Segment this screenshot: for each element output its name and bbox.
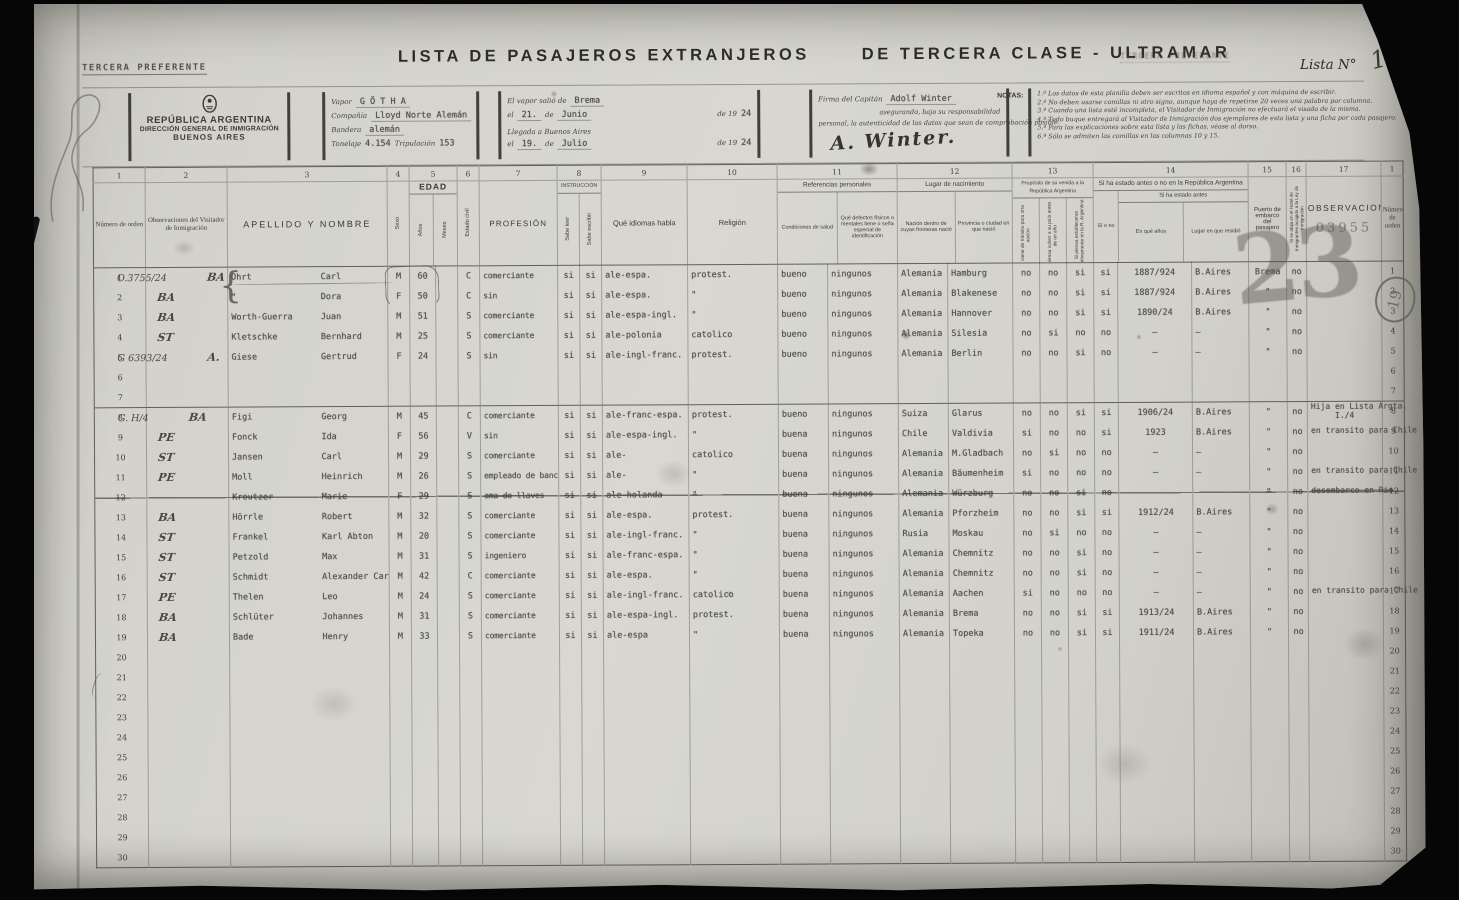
col-group-ha-estado: Si ha estado antes o no en la República …: [1094, 177, 1248, 262]
cell-p2: [1042, 683, 1069, 703]
cell-p3: [1069, 663, 1096, 683]
cell-num: 12: [95, 488, 147, 508]
cell-defects: ningunos: [829, 564, 899, 584]
cell-p2: [1043, 843, 1070, 863]
cell-read: [558, 365, 580, 385]
handwritten-visitor-code: BA: [146, 291, 176, 304]
cell-lang: [602, 385, 688, 405]
cell-rel: catolico: [688, 324, 778, 344]
cell-hotel: [1289, 661, 1309, 681]
cell-p3: [1069, 823, 1096, 843]
cell-write: [582, 745, 604, 765]
cell-years: 51: [410, 306, 436, 326]
col-no: 8: [557, 165, 601, 180]
cell-obs: [1309, 661, 1384, 681]
col-header-observaciones-visitador: Observaciones del Visitador de Inmigraci…: [147, 217, 226, 233]
cell-lang: ale-polonia: [602, 325, 688, 345]
cell-p1: [1013, 383, 1040, 403]
cell-civil: S: [459, 586, 481, 606]
cell-lang: [604, 785, 690, 805]
cell-months: [438, 766, 460, 786]
cell-port: [1251, 782, 1289, 802]
cell-hotel: [1287, 361, 1307, 381]
cell-mark: [148, 727, 230, 747]
col-header-provincia: Provincia o ciudad en que nació: [955, 221, 1012, 234]
cell-num_r: 15: [1383, 541, 1405, 561]
cell-civil: S: [458, 326, 480, 346]
cell-civil: C: [458, 266, 480, 286]
cell-hotel: [1289, 701, 1309, 721]
cell-surname: Schmidt: [229, 567, 319, 587]
cell-read: si: [558, 345, 580, 365]
cell-sex: M: [388, 446, 410, 466]
cell-sex: M: [388, 326, 410, 346]
cell-mark: G 6393/24A.: [146, 347, 228, 367]
cell-been: no: [1095, 542, 1119, 562]
cell-prof: empleado de banco: [481, 465, 559, 485]
cell-surname: [230, 727, 320, 747]
cell-write: si: [581, 545, 603, 565]
cell-civil: [458, 386, 480, 406]
cell-surname: Figi: [228, 407, 318, 427]
cell-civil: S: [459, 526, 481, 546]
cell-sex: M: [389, 506, 411, 526]
cell-defects: ningunos: [828, 424, 898, 444]
cell-mark: PE: [147, 467, 229, 487]
cell-been_place: [1195, 822, 1252, 842]
cell-surname: Moll: [229, 467, 319, 487]
cell-prov: Hamburg: [948, 263, 1013, 283]
cell-lang: ale-espa.: [603, 565, 689, 585]
cell-months: [438, 746, 460, 766]
cell-been_years: 1912/24: [1119, 502, 1193, 522]
salida-day: 21.: [518, 110, 541, 121]
col-no: 3: [227, 166, 387, 182]
cell-surname: [230, 827, 320, 847]
cell-sex: [391, 846, 413, 866]
cell-been_years: –: [1119, 542, 1193, 562]
cell-health: [780, 724, 830, 744]
cell-p3: si: [1068, 483, 1095, 503]
cell-write: [580, 385, 602, 405]
cell-lang: [602, 365, 688, 385]
cell-health: bueno: [778, 404, 828, 424]
cell-prov: Bäumenheim: [949, 463, 1014, 483]
cell-health: buena: [779, 544, 829, 564]
cell-write: si: [581, 465, 603, 485]
cell-obs: [1309, 801, 1384, 821]
cell-been_place: [1194, 642, 1251, 662]
cell-lang: [604, 745, 690, 765]
cell-mark: [148, 687, 230, 707]
cell-name: Alexander Carl: [319, 566, 389, 586]
cell-lang: [604, 765, 690, 785]
cell-read: [560, 805, 582, 825]
cell-lang: ale-holanda: [603, 485, 689, 505]
cell-prov: Berlin: [948, 343, 1013, 363]
cell-prov: Aachen: [949, 583, 1014, 603]
cell-been: [1096, 662, 1120, 682]
org-city: BUENOS AIRES: [137, 132, 281, 142]
cell-health: buena: [779, 464, 829, 484]
cell-been_years: [1118, 382, 1192, 402]
cell-num_r: 24: [1384, 721, 1406, 741]
col-header-numero-right: Número de orden: [1383, 206, 1402, 230]
cell-rel: [690, 724, 780, 744]
col-header-sabe-escribir: Sabe escribir: [587, 213, 594, 246]
cell-been_years: –: [1119, 522, 1193, 542]
cell-hotel: [1289, 741, 1309, 761]
cell-defects: ningunos: [829, 624, 899, 644]
cell-p2: no: [1040, 303, 1067, 323]
cell-civil: [460, 766, 482, 786]
cell-prov: [950, 643, 1015, 663]
cell-nation: [900, 803, 950, 823]
cell-p2: no: [1040, 263, 1067, 283]
col-header-profesion: PROFESIÓN: [481, 218, 556, 227]
margin-scribble-handwriting: [38, 83, 149, 234]
cell-port: ": [1250, 502, 1288, 522]
cell-hotel: no: [1288, 521, 1308, 541]
cell-prof: [480, 365, 558, 385]
cell-been_years: –: [1119, 582, 1193, 602]
cell-been_place: [1194, 702, 1251, 722]
cell-years: 56: [410, 426, 436, 446]
cell-nation: Alemania: [899, 603, 949, 623]
col-group-proposito: Propósito de su venida a la República Ar…: [1013, 178, 1093, 262]
cell-num_r: 7: [1382, 381, 1404, 401]
lista-number-handwritten: 1.: [1367, 42, 1396, 75]
cell-health: [780, 664, 830, 684]
cell-read: si: [558, 265, 580, 285]
cell-read: [560, 705, 582, 725]
cell-lang: ale-espa: [603, 625, 689, 645]
cell-write: si: [581, 605, 603, 625]
cell-p2: si: [1040, 323, 1067, 343]
cell-been_years: –: [1118, 322, 1192, 342]
cell-been: no: [1095, 582, 1119, 602]
cell-defects: ningunos: [829, 524, 899, 544]
cell-num: 29: [96, 828, 148, 848]
cell-nation: [898, 383, 948, 403]
pencil-number-19: 19: [1384, 288, 1406, 311]
cell-been: no: [1094, 342, 1118, 362]
cell-lang: ale-franc-espa.: [602, 405, 688, 425]
col-header-idiomas: Qué idiomas habla: [603, 218, 686, 227]
cell-obs: en transito para Chile: [1308, 461, 1383, 481]
cell-hotel: no: [1288, 601, 1308, 621]
handwritten-visitor-code: PE: [148, 591, 176, 604]
cell-p1: no: [1014, 563, 1041, 583]
cell-months: [438, 726, 460, 746]
cell-name: [320, 786, 390, 806]
cell-sex: M: [389, 606, 411, 626]
col-group-instruccion: INSTRUCCIÓN Sabe leer Sabe escribir: [558, 181, 601, 265]
cell-name: [320, 646, 390, 666]
cell-civil: S: [458, 306, 480, 326]
cell-rel: protest.: [688, 264, 778, 284]
cell-surname: Jansen: [228, 447, 318, 467]
cell-prof: sin: [480, 345, 558, 365]
cell-been: no: [1095, 462, 1119, 482]
de19-label: de 19: [717, 139, 737, 147]
edad-title: EDAD: [410, 181, 457, 194]
cell-months: [437, 466, 459, 486]
handwritten-reference: G 6393/24: [117, 353, 167, 364]
cell-prov: [950, 703, 1015, 723]
cell-read: si: [558, 445, 580, 465]
cell-rel: protest.: [689, 604, 779, 624]
cell-p3: no: [1068, 523, 1095, 543]
captain-assurance-1: asegurando, bajo su responsabilidad: [818, 108, 1000, 117]
tripulacion-label: Tripulación: [395, 140, 436, 148]
cell-been_years: [1120, 722, 1194, 742]
cell-num: 14: [95, 528, 147, 548]
cell-num: 21: [96, 668, 148, 688]
cell-hotel: [1289, 801, 1309, 821]
cell-p2: no: [1041, 463, 1068, 483]
cell-been_years: 1890/24: [1118, 302, 1192, 322]
cell-name: Gertrud: [318, 346, 388, 366]
cell-sex: [390, 806, 412, 826]
cell-mark: [148, 707, 230, 727]
cell-write: [582, 765, 604, 785]
cell-been_years: 1923: [1118, 422, 1192, 442]
cell-mark: ST: [146, 327, 228, 347]
cell-num: 17: [95, 588, 147, 608]
cell-write: si: [580, 345, 602, 365]
cell-months: [438, 786, 460, 806]
cell-port: [1251, 682, 1289, 702]
cell-surname: Schlüter: [229, 607, 319, 627]
cell-mark: [148, 807, 230, 827]
cell-months: [437, 626, 459, 646]
cell-years: [412, 686, 438, 706]
cell-months: [438, 806, 460, 826]
cell-write: si: [580, 285, 602, 305]
cell-obs: [1309, 761, 1384, 781]
col-header-defectos: Qué defectos físicos o mentales tiene o …: [838, 215, 897, 240]
cell-been: [1096, 682, 1120, 702]
cell-been: si: [1094, 422, 1118, 442]
cell-p2: si: [1041, 523, 1068, 543]
cell-p2: [1042, 823, 1069, 843]
cell-years: [410, 386, 436, 406]
cell-prov: Hannover: [948, 303, 1013, 323]
cell-num_r: 30: [1385, 841, 1407, 861]
cell-lang: [604, 705, 690, 725]
cell-civil: V: [458, 426, 480, 446]
cell-hotel: no: [1288, 501, 1308, 521]
salida-label: El vapor salió de: [507, 97, 566, 105]
cell-prov: [948, 363, 1013, 383]
cell-defects: ningunos: [828, 324, 898, 344]
llegada-label: Llegada a Buenos Aires: [507, 128, 591, 136]
salida-month: Junio: [558, 110, 592, 121]
cell-read: si: [558, 425, 580, 445]
tripulacion-value: 153: [439, 138, 454, 148]
cell-nation: Alemania: [899, 543, 949, 563]
cell-read: si: [559, 625, 581, 645]
col-no: 6: [457, 166, 479, 181]
cell-port: ": [1250, 602, 1288, 622]
cell-p2: [1042, 643, 1069, 663]
handwritten-visitor-code: ST: [148, 531, 176, 544]
col-group-referencias: Referencias personales Condiciones de sa…: [778, 179, 897, 264]
cell-been_place: [1193, 482, 1250, 502]
cell-write: [582, 825, 604, 845]
cell-obs: [1309, 741, 1384, 761]
cell-nation: Alemania: [899, 503, 949, 523]
cell-been_years: [1120, 742, 1194, 762]
cell-defects: [830, 824, 900, 844]
cell-been: no: [1095, 482, 1119, 502]
cell-p1: [1015, 783, 1042, 803]
handwritten-visitor-code: ST: [148, 571, 176, 584]
cell-sex: [390, 686, 412, 706]
cell-p3: si: [1067, 283, 1094, 303]
cell-prov: Glarus: [948, 403, 1013, 423]
pencil-ring-ages: [384, 265, 440, 308]
cell-read: si: [559, 545, 581, 565]
cell-nation: [898, 363, 948, 383]
ha-estado-antes-title: Si ha estado antes: [1119, 190, 1248, 203]
col-no: 10: [687, 164, 777, 179]
cell-name: [320, 806, 390, 826]
col-header-meses: Meses: [442, 221, 449, 238]
cell-defects: [830, 804, 900, 824]
cell-civil: S: [459, 506, 481, 526]
cell-p1: [1015, 803, 1042, 823]
cell-rel: [690, 644, 780, 664]
cell-prof: comerciante: [480, 265, 558, 285]
el-label: el: [507, 140, 513, 148]
cell-prov: Chemnitz: [949, 563, 1014, 583]
cell-been_years: 1906/24: [1118, 402, 1192, 422]
cell-p3: si: [1067, 263, 1094, 283]
cell-prof: ama de llaves: [481, 485, 559, 505]
cell-p3: no: [1067, 423, 1094, 443]
cell-years: [412, 726, 438, 746]
cell-obs: [1307, 341, 1382, 361]
cell-p3: si: [1067, 303, 1094, 323]
cell-mark: PE: [147, 587, 229, 607]
instruccion-title: INSTRUCCIÓN: [558, 181, 601, 194]
cell-nation: Alemania: [898, 303, 948, 323]
cell-defects: [830, 724, 900, 744]
cell-read: si: [559, 585, 581, 605]
cell-sex: [390, 826, 412, 846]
cell-surname: Thelen: [229, 587, 319, 607]
cell-prof: [483, 845, 561, 865]
cell-been_place: [1194, 722, 1251, 742]
cell-write: si: [580, 305, 602, 325]
cell-mark: [147, 487, 229, 507]
cell-been_place: –: [1193, 522, 1250, 542]
cell-defects: ningunos: [828, 264, 898, 284]
cell-p3: si: [1068, 623, 1095, 643]
cell-been: no: [1094, 322, 1118, 342]
cell-num: 22: [96, 688, 148, 708]
cell-lang: ale-espa.: [602, 265, 688, 285]
cell-years: 26: [411, 466, 437, 486]
cell-nation: Alemania: [899, 463, 949, 483]
cell-port: ": [1249, 342, 1287, 362]
cell-write: [580, 365, 602, 385]
cell-write: si: [580, 325, 602, 345]
cell-num_r: 16: [1383, 561, 1405, 581]
cell-defects: ningunos: [829, 544, 899, 564]
handwritten-visitor-code: ST: [147, 451, 175, 464]
header-band: REPÚBLICA ARGENTINA DIRECCIÓN GENERAL DE…: [82, 81, 1364, 168]
notas-box: NOTAS: 1.ª Los datos de esta planilla de…: [1028, 87, 1348, 157]
cell-name: Juan: [318, 306, 388, 326]
cell-prof: sin: [480, 285, 558, 305]
cell-been: si: [1095, 502, 1119, 522]
cell-name: Marie: [319, 486, 389, 506]
cell-months: [439, 846, 461, 866]
cell-been_place: [1194, 762, 1251, 782]
cell-num_r: 18: [1383, 601, 1405, 621]
cell-prov: Brema: [949, 603, 1014, 623]
cell-p3: [1069, 783, 1096, 803]
page-title-left: LISTA DE PASAJEROS EXTRANJEROS: [398, 46, 810, 67]
cell-lang: ale-espa-ingl.: [602, 305, 688, 325]
cell-lang: [605, 845, 691, 865]
cell-health: bueno: [778, 324, 828, 344]
cell-obs: [1308, 501, 1383, 521]
cell-p1: [1015, 823, 1042, 843]
cell-p1: no: [1013, 263, 1040, 283]
cell-write: [582, 705, 604, 725]
voyage-box: El vapor salió de Brema el 21. de Junio …: [498, 90, 760, 159]
cell-port: ": [1250, 482, 1288, 502]
cell-been: [1094, 362, 1118, 382]
cell-write: [582, 665, 604, 685]
cell-sex: F: [389, 486, 411, 506]
cell-nation: [900, 663, 950, 683]
cell-been_years: [1120, 802, 1194, 822]
cell-prov: Chemnitz: [949, 543, 1014, 563]
captain-box: Firma del Capitán Adolf Winter asegurand…: [809, 89, 1009, 158]
cell-been_place: [1194, 662, 1251, 682]
cell-prof: [482, 785, 560, 805]
cell-prov: [950, 723, 1015, 743]
cell-health: buena: [779, 604, 829, 624]
cell-read: [560, 745, 582, 765]
cell-sex: [390, 766, 412, 786]
cell-months: [437, 586, 459, 606]
tonelaje-label: Tonelaje: [331, 140, 361, 148]
cell-prov: [950, 803, 1015, 823]
cell-civil: [460, 786, 482, 806]
cell-read: si: [558, 405, 580, 425]
cell-num: 27: [96, 788, 148, 808]
proposito-title: Propósito de su venida a la República Ar…: [1013, 178, 1093, 198]
cell-been_place: B.Aires: [1193, 602, 1250, 622]
cell-num_r: 21: [1384, 661, 1406, 681]
cell-rel: protest.: [689, 504, 779, 524]
cell-name: [321, 846, 391, 866]
cell-prof: [482, 725, 560, 745]
cell-write: si: [581, 525, 603, 545]
cell-num_r: 5: [1382, 341, 1404, 361]
cell-num: 28: [96, 808, 148, 828]
cell-mark: [148, 747, 230, 767]
cell-surname: [230, 767, 320, 787]
cell-lang: ale-espa-ingl.: [603, 605, 689, 625]
cell-name: Henry: [319, 626, 389, 646]
